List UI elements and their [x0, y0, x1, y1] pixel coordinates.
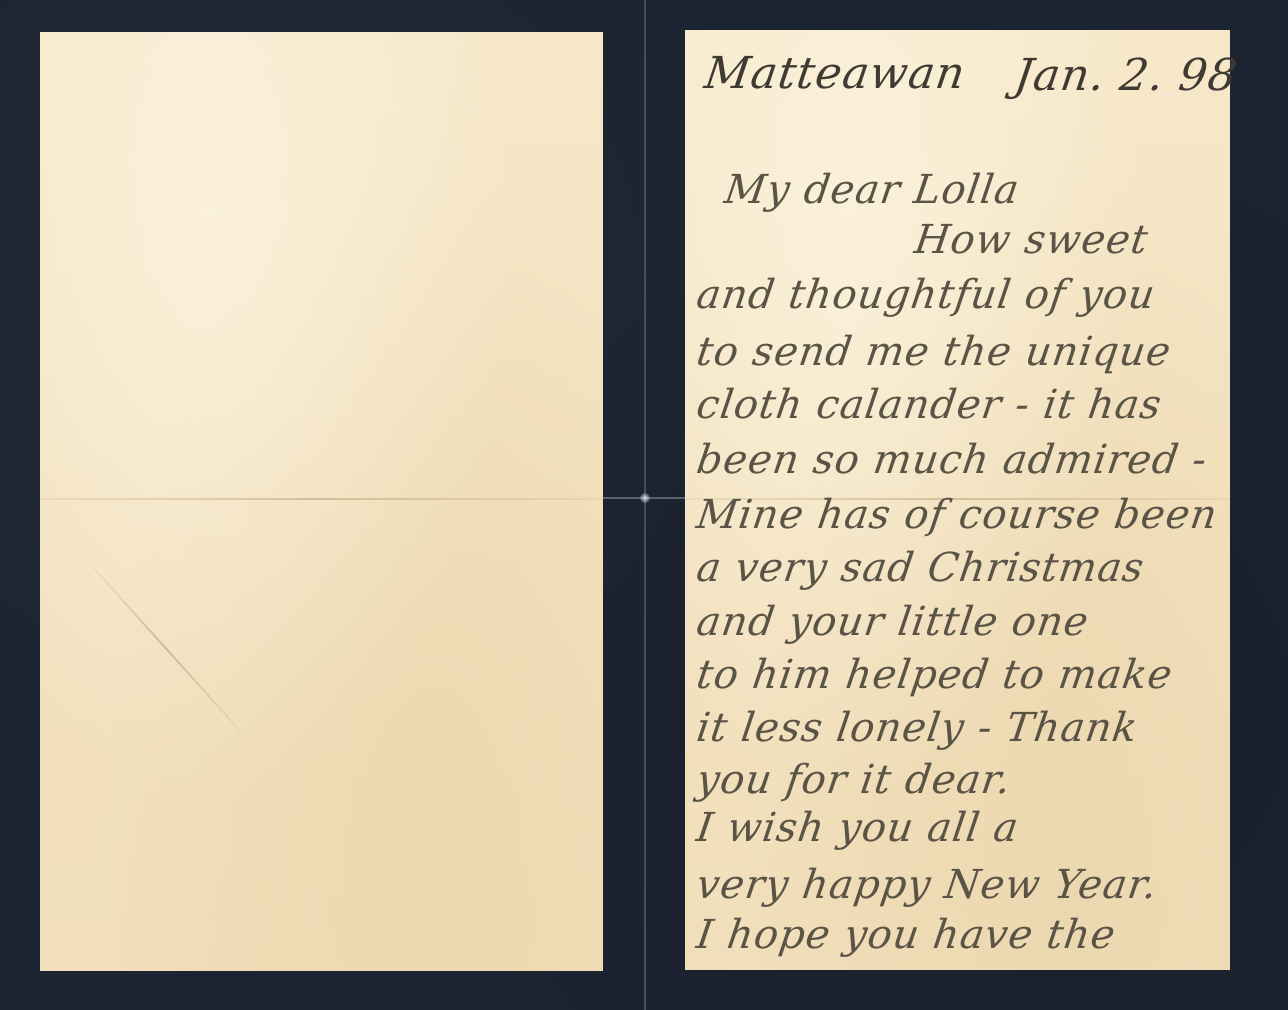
letter-line: I wish you all a [694, 808, 1021, 848]
horizontal-fold-crease [40, 498, 603, 500]
letter-date: Jan. 2. 98 [1012, 54, 1240, 98]
center-fold-line [644, 0, 646, 1010]
letter-line: to him helped to make [694, 655, 1175, 695]
letter-scan: Matteawan Jan. 2. 98 My dear Lolla How s… [0, 0, 1288, 1010]
letter-line: and thoughtful of you [694, 275, 1158, 315]
letter-line: to send me the unique [694, 332, 1174, 372]
letter-line: How sweet [912, 220, 1151, 260]
letter-line: very happy New Year. [694, 865, 1160, 905]
letter-line: a very sad Christmas [694, 548, 1147, 588]
letter-line: it less lonely - Thank [694, 708, 1140, 748]
diagonal-crease [79, 552, 254, 747]
letter-line: Mine has of course been [694, 495, 1220, 535]
letter-line: you for it dear. [694, 760, 1014, 800]
letter-line: I hope you have the [694, 915, 1118, 955]
fold-intersection-wear [640, 493, 650, 503]
right-page-handwritten: Matteawan Jan. 2. 98 My dear Lolla How s… [685, 30, 1230, 970]
handwritten-letter: Matteawan Jan. 2. 98 My dear Lolla How s… [685, 30, 1230, 970]
letter-line: cloth calander - it has [694, 385, 1164, 425]
letter-line: and your little one [694, 602, 1091, 642]
letter-place: Matteawan [702, 52, 968, 96]
left-page-blank [40, 32, 603, 971]
salutation: My dear Lolla [722, 170, 1022, 210]
letter-line: been so much admired - [694, 440, 1210, 480]
